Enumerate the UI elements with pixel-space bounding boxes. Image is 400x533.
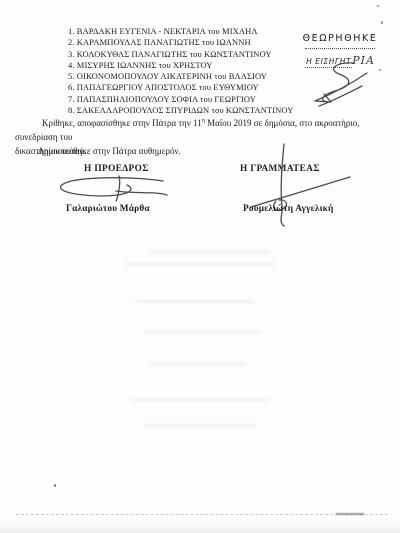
bleed-through-artifact xyxy=(135,300,255,303)
scan-speck xyxy=(381,21,383,24)
scanned-document-page: 1. ΒΑΡΔΑΚΗ ΕΥΓΕΝΙΑ - ΝΕΚΤΑΡΙΑ του ΜΙΧΑΗΛ… xyxy=(0,0,400,533)
list-item: 4. ΜΙΣΥΡΗΣ ΙΩΑΝΝΗΣ του ΧΡΗΣΤΟΥ xyxy=(68,60,293,71)
list-item: 8. ΣΑΚΕΛΛΑΡΟΠΟΥΛΟΣ ΣΠΥΡΙΔΩΝ του ΚΩΝΣΤΑΝΤ… xyxy=(68,105,293,116)
list-item: 5. ΟΙΚΟΝΟΜΟΠΟΥΛΟΥ ΑΙΚΑΤΕΡΙΝΗ του ΒΛΑΣΙΟΥ xyxy=(68,71,293,82)
bleed-through-artifact xyxy=(150,362,245,365)
list-item: 3. ΚΟΛΟΚΥΘΑΣ ΠΑΝΑΓΙΩΤΗΣ του ΚΩΝΣΤΑΝΤΙΝΟΥ xyxy=(68,49,293,60)
scan-artifact-line xyxy=(16,514,388,515)
secretary-name: Ρουμελιώτη Αγγελική xyxy=(243,204,334,214)
bleed-through-artifact xyxy=(130,398,270,401)
party-list: 1. ΒΑΡΔΑΚΗ ΕΥΓΕΝΙΑ - ΝΕΚΤΑΡΙΑ του ΜΙΧΑΗΛ… xyxy=(68,26,293,116)
president-signature xyxy=(56,174,170,204)
scan-edge-shadow xyxy=(0,519,400,533)
scan-artifact-mark xyxy=(336,513,364,515)
list-item: 6. ΠΑΠΑΓΕΩΡΓΙΟΥ ΑΠΟΣΤΟΛΟΣ του ΕΥΘΥΜΙΟΥ xyxy=(68,82,293,93)
bleed-through-artifact xyxy=(150,250,270,253)
list-item: 1. ΒΑΡΔΑΚΗ ΕΥΓΕΝΙΑ - ΝΕΚΤΑΡΙΑ του ΜΙΧΑΗΛ xyxy=(68,26,293,37)
scan-speck xyxy=(379,69,381,71)
bleed-through-artifact xyxy=(125,263,275,266)
president-name: Γαλαριώτου Μάρθα xyxy=(66,204,150,214)
scan-speck xyxy=(54,484,56,487)
secretary-signature xyxy=(246,142,356,228)
list-item: 2. ΚΑΡΑΜΠΟΥΛΑΣ ΠΑΝΑΓΙΩΤΗΣ του ΙΩΑΝΝΗ xyxy=(68,37,293,48)
president-title: Η ΠΡΟΕΔΡΟΣ xyxy=(84,164,149,174)
scan-speck xyxy=(377,5,379,7)
bleed-through-artifact xyxy=(145,330,260,333)
publication-line: Δημοσιεύθηκε στην Πάτρα αυθημερόν. xyxy=(38,146,181,156)
rapporteur-signature xyxy=(308,58,374,110)
decision-text-part1: Κρίθηκε, αποφασίσθηκε στην Πάτρα την 11 xyxy=(42,118,202,128)
stamp-title: ΘΕΩΡΗΘΗΚΕ xyxy=(294,33,386,44)
list-item: 7. ΠΑΠΑΣΠΗΛΙΟΠΟΥΛΟΥ ΣΟΦΙΑ του ΓΕΩΡΓΙΟΥ xyxy=(68,94,293,105)
bleed-through-artifact xyxy=(145,424,255,427)
